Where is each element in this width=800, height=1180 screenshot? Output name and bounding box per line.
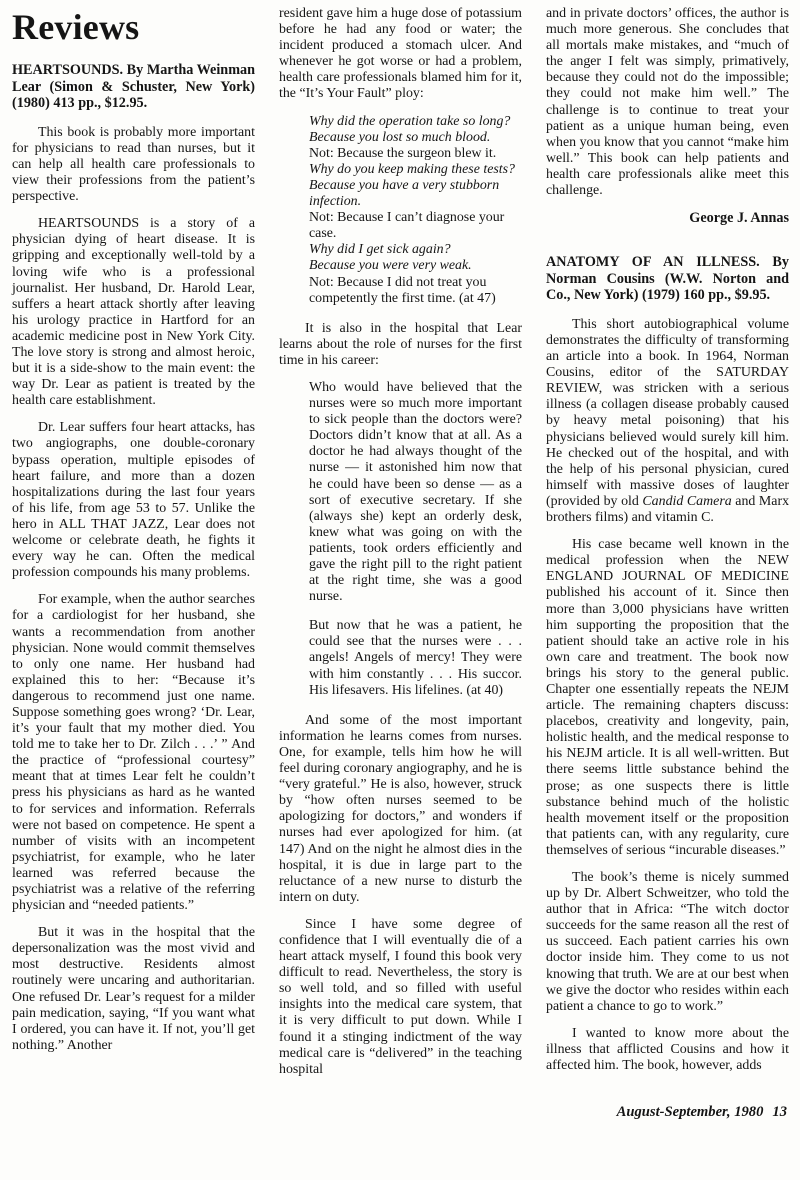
page-title: Reviews bbox=[12, 6, 255, 48]
quote-line: Why did I get sick again? bbox=[309, 242, 522, 258]
paragraph: The book’s theme is nicely summed up by … bbox=[546, 870, 789, 1015]
issue-footer: August-September, 198013 bbox=[546, 1104, 787, 1121]
nurses-blockquote: Who would have believed that the nurses … bbox=[309, 380, 522, 699]
issue-date: August-September, 1980 bbox=[617, 1104, 764, 1120]
column-3: and in private doctors’ offices, the aut… bbox=[546, 6, 789, 1121]
quote-line: Because you have a very stubborn infecti… bbox=[309, 178, 522, 210]
paragraph: It is also in the hospital that Lear lea… bbox=[279, 321, 522, 369]
book-citation-heartsounds: HEARTSOUNDS. By Martha Weinman Lear (Sim… bbox=[12, 62, 255, 112]
reviewer-byline: George J. Annas bbox=[546, 210, 789, 226]
quote-line: Because you were very weak. bbox=[309, 258, 522, 274]
three-column-layout: Reviews HEARTSOUNDS. By Martha Weinman L… bbox=[12, 6, 790, 1121]
quote-line: Not: Because the surgeon blew it. bbox=[309, 146, 522, 162]
magazine-reviews-page: Reviews HEARTSOUNDS. By Martha Weinman L… bbox=[0, 0, 800, 1180]
paragraph: I wanted to know more about the illness … bbox=[546, 1026, 789, 1074]
quote-line: Because you lost so much blood. bbox=[309, 130, 522, 146]
quote-line: Why do you keep making these tests? bbox=[309, 162, 522, 178]
paragraph-text: This short autobiographical volume demon… bbox=[546, 317, 789, 509]
paragraph-continuation: and in private doctors’ offices, the aut… bbox=[546, 6, 789, 199]
column-1: Reviews HEARTSOUNDS. By Martha Weinman L… bbox=[12, 6, 255, 1121]
quote-line: Not: Because I did not treat you compete… bbox=[309, 275, 522, 307]
paragraph: This book is probably more important for… bbox=[12, 125, 255, 205]
column-2: resident gave him a huge dose of potassi… bbox=[279, 6, 522, 1121]
paragraph: His case became well known in the medica… bbox=[546, 537, 789, 859]
paragraph: This short autobiographical volume demon… bbox=[546, 317, 789, 526]
book-citation-anatomy-of-an-illness: ANATOMY OF AN ILLNESS. By Norman Cousins… bbox=[546, 254, 789, 304]
paragraph: HEARTSOUNDS is a story of a physician dy… bbox=[12, 216, 255, 409]
page-number: 13 bbox=[772, 1104, 787, 1120]
paragraph: But it was in the hospital that the depe… bbox=[12, 925, 255, 1054]
quote-paragraph: Who would have believed that the nurses … bbox=[309, 380, 522, 605]
paragraph: And some of the most important informati… bbox=[279, 713, 522, 906]
fault-ploy-blockquote: Why did the operation take so long? Beca… bbox=[309, 114, 522, 307]
quote-paragraph: But now that he was a patient, he could … bbox=[309, 618, 522, 698]
paragraph-continuation: resident gave him a huge dose of potassi… bbox=[279, 6, 522, 103]
book-title-italic: Candid Camera bbox=[642, 494, 731, 509]
quote-line: Not: Because I can’t diagnose your case. bbox=[309, 210, 522, 242]
paragraph: Dr. Lear suffers four heart attacks, has… bbox=[12, 420, 255, 581]
paragraph: Since I have some degree of confidence t… bbox=[279, 917, 522, 1078]
quote-line: Why did the operation take so long? bbox=[309, 114, 522, 130]
paragraph: For example, when the author searches fo… bbox=[12, 592, 255, 914]
